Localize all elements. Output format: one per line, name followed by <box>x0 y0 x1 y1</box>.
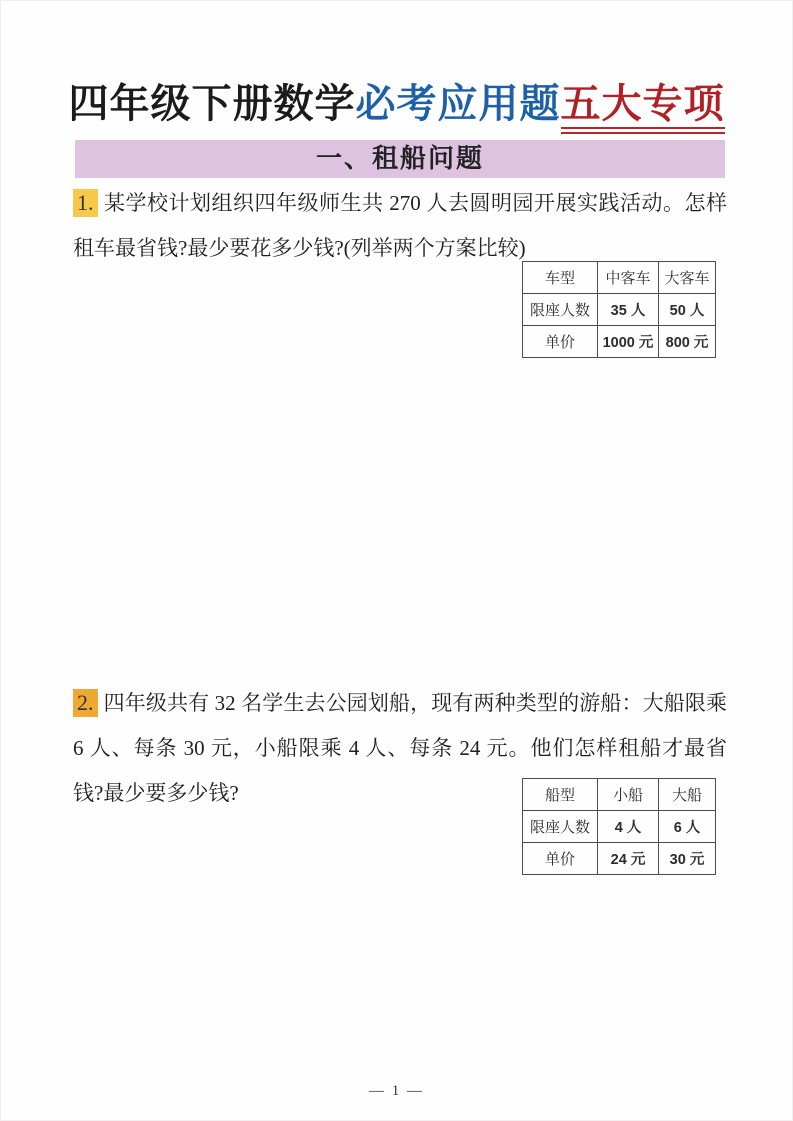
table-cell: 单价 <box>523 326 598 358</box>
table-cell: 限座人数 <box>523 294 598 326</box>
question-2-text: 四年级共有 32 名学生去公园划船，现有两种类型的游船：大船限乘 <box>104 691 728 715</box>
question-1-line-1: 1.某学校计划组织四年级师生共 270 人去圆明园开展实践活动。怎样 <box>73 181 727 226</box>
page-number: — 1 — <box>0 1083 793 1100</box>
table-cell: 限座人数 <box>523 811 598 843</box>
table-cell: 1000 元 <box>598 326 659 358</box>
table-row: 限座人数 4 人 6 人 <box>523 811 716 843</box>
table-row: 限座人数 35 人 50 人 <box>523 294 716 326</box>
question-1-number-highlight: 1. <box>73 189 98 217</box>
table-cell: 单价 <box>523 843 598 875</box>
title-part-blue: 必考应用题 <box>356 81 561 126</box>
question-1: 1.某学校计划组织四年级师生共 270 人去圆明园开展实践活动。怎样 租车最省钱… <box>73 181 727 271</box>
page-title: 四年级下册数学必考应用题五大专项 <box>0 72 793 129</box>
table-cell: 小船 <box>598 779 659 811</box>
section-banner: 一、租船问题 <box>75 140 725 178</box>
table-cell: 800 元 <box>659 326 716 358</box>
title-part-black: 四年级下册数学 <box>69 81 356 126</box>
table-cell: 中客车 <box>598 262 659 294</box>
table-cell: 船型 <box>523 779 598 811</box>
question-2-line-2: 6 人、每条 30 元，小船限乘 4 人、每条 24 元。他们怎样租船才最省 <box>73 726 727 771</box>
table-row: 单价 1000 元 800 元 <box>523 326 716 358</box>
table-cell: 30 元 <box>659 843 716 875</box>
question-2-line-1: 2.四年级共有 32 名学生去公园划船，现有两种类型的游船：大船限乘 <box>73 681 727 726</box>
table-cell: 4 人 <box>598 811 659 843</box>
worksheet-page: 四年级下册数学必考应用题五大专项 一、租船问题 1.某学校计划组织四年级师生共 … <box>0 0 793 1121</box>
table-row: 船型 小船 大船 <box>523 779 716 811</box>
boat-price-table: 船型 小船 大船 限座人数 4 人 6 人 单价 24 元 30 元 <box>522 778 716 875</box>
title-part-red-underlined: 五大专项 <box>561 81 725 134</box>
table-row: 车型 中客车 大客车 <box>523 262 716 294</box>
question-2-number-highlight: 2. <box>73 689 98 717</box>
table-cell: 大船 <box>659 779 716 811</box>
question-1-text: 某学校计划组织四年级师生共 270 人去圆明园开展实践活动。怎样 <box>104 191 728 215</box>
table-cell: 6 人 <box>659 811 716 843</box>
table-cell: 35 人 <box>598 294 659 326</box>
vehicle-price-table: 车型 中客车 大客车 限座人数 35 人 50 人 单价 1000 元 800 … <box>522 261 716 358</box>
table-cell: 车型 <box>523 262 598 294</box>
table-row: 单价 24 元 30 元 <box>523 843 716 875</box>
table-cell: 大客车 <box>659 262 716 294</box>
table-cell: 24 元 <box>598 843 659 875</box>
table-cell: 50 人 <box>659 294 716 326</box>
